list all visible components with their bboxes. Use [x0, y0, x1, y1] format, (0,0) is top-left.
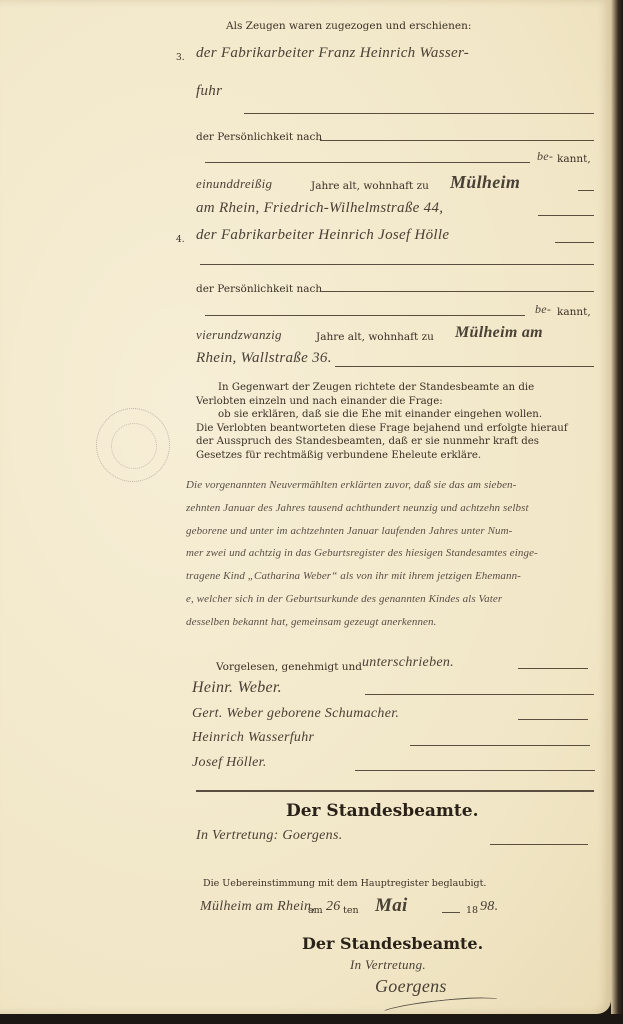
witnesses-heading: Als Zeugen waren zugezogen und erschiene… — [226, 20, 471, 32]
fill-line — [365, 694, 594, 695]
witness-4-known-suffix: kannt, — [557, 306, 591, 318]
witness-3-age: einunddreißig — [196, 176, 272, 192]
witness-4-residence: Mülheim am — [455, 324, 543, 342]
witness-3-residence: Mülheim — [450, 172, 520, 193]
certification-text: Die Uebereinstimmung mit dem Hauptregist… — [203, 878, 486, 889]
witness-3-known-suffix: kannt, — [557, 153, 591, 165]
registrar-signature: In Vertretung: Goergens. — [196, 828, 343, 844]
certification-day-suffix: ten — [343, 905, 359, 916]
fill-line — [244, 113, 594, 114]
read-approved-handwritten: unterschrieben. — [362, 655, 454, 671]
addendum-line: mer zwei und achtzig in das Geburtsregis… — [186, 542, 596, 565]
fill-line — [410, 745, 590, 746]
fill-line — [490, 844, 588, 845]
certification-signature: Goergens — [375, 976, 447, 997]
addendum-line: e, welcher sich in der Geburtsurkunde de… — [186, 588, 596, 611]
fill-line — [555, 242, 594, 243]
fill-line — [355, 770, 595, 771]
read-approved-label: Vorgelesen, genehmigt und — [216, 661, 362, 673]
fill-line — [200, 264, 594, 265]
fill-line — [518, 719, 588, 720]
declaration-line: Die Verlobten beantworteten diese Frage … — [196, 422, 594, 436]
signature-4: Josef Höller. — [192, 755, 267, 771]
witness-4-name: der Fabrikarbeiter Heinrich Josef Hölle — [196, 227, 449, 244]
certification-place: Mülheim am Rhein, — [200, 899, 315, 915]
fill-line — [538, 215, 594, 216]
fill-line — [578, 190, 594, 191]
witness-4-age-label: Jahre alt, wohnhaft zu — [316, 331, 434, 343]
addendum-line: Die vorgenannten Neuvermählten erklärten… — [186, 474, 596, 497]
handwritten-addendum: Die vorgenannten Neuvermählten erklärten… — [186, 474, 596, 634]
fill-line — [205, 162, 530, 163]
signature-3: Heinrich Wasserfuhr — [192, 730, 314, 746]
addendum-line: zehnten Januar des Jahres tausend achthu… — [186, 497, 596, 520]
declaration-paragraph: In Gegenwart der Zeugen richtete der Sta… — [196, 381, 594, 462]
addendum-line: tragene Kind „Catharina Weber“ als von i… — [186, 565, 596, 588]
witness-3-identity-label: der Persönlichkeit nach — [196, 131, 322, 143]
addendum-line: geborene und unter im achtzehnten Januar… — [186, 520, 596, 543]
declaration-line: Gesetzes für rechtmäßig verbundene Ehele… — [196, 449, 594, 463]
fill-line — [518, 668, 588, 669]
witness-4-identity-label: der Persönlichkeit nach — [196, 283, 322, 295]
stamp-inner-ring — [111, 423, 157, 469]
bottom-edge — [0, 1014, 623, 1024]
fill-line — [335, 366, 594, 367]
witness-3-number: 3. — [176, 53, 185, 63]
certification-registrar-title: Der Standesbeamte. — [302, 934, 483, 953]
fill-line — [205, 315, 525, 316]
signature-2: Gert. Weber geborene Schumacher. — [192, 706, 399, 722]
witness-4-address: Rhein, Wallstraße 36. — [196, 350, 332, 367]
witness-3-age-label: Jahre alt, wohnhaft zu — [311, 180, 429, 192]
declaration-line: Verlobten einzeln und nach einander die … — [196, 395, 594, 409]
certification-year-prefix: 18 — [466, 905, 478, 916]
official-stamp — [96, 408, 170, 482]
declaration-line: der Ausspruch des Standesbeamten, daß er… — [196, 435, 594, 449]
declaration-line: In Gegenwart der Zeugen richtete der Sta… — [196, 381, 594, 395]
witness-3-name: der Fabrikarbeiter Franz Heinrich Wasser… — [196, 45, 469, 62]
witness-3-name-cont: fuhr — [196, 83, 222, 100]
witness-4-number: 4. — [176, 235, 185, 245]
declaration-line: ob sie erklären, daß sie die Ehe mit ein… — [196, 408, 594, 422]
fill-line — [320, 140, 594, 141]
fill-line — [442, 912, 460, 913]
certification-month: Mai — [375, 895, 408, 917]
certification-am: am — [308, 905, 323, 916]
witness-4-known-prefix: be- — [535, 302, 551, 317]
registrar-title: Der Standesbeamte. — [286, 801, 479, 821]
witness-4-age: vierundzwanzig — [196, 327, 282, 343]
book-spine-edge — [611, 0, 623, 1024]
register-page: Als Zeugen waren zugezogen und erschiene… — [0, 0, 611, 1014]
section-divider — [196, 790, 594, 792]
certification-day: 26 — [326, 899, 341, 915]
certification-year-suffix: 98. — [480, 899, 498, 915]
signature-1: Heinr. Weber. — [192, 679, 282, 697]
certification-in-representation: In Vertretung. — [350, 957, 426, 973]
addendum-line: desselben bekannt hat, gemeinsam gezeugt… — [186, 611, 596, 634]
witness-3-known-prefix: be- — [537, 149, 553, 164]
fill-line — [320, 291, 594, 292]
witness-3-address: am Rhein, Friedrich-Wilhelmstraße 44, — [196, 200, 443, 217]
